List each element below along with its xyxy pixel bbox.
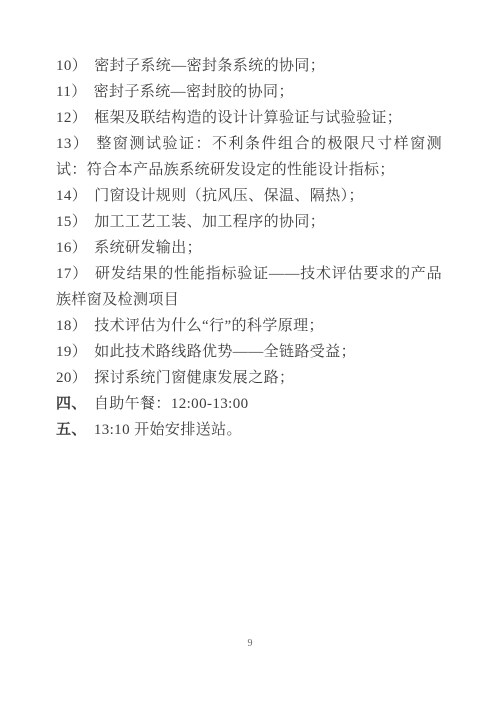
list-item-marker: 11）: [56, 84, 94, 100]
list-item-si-lunch: 四、自助午餐：12:00-13:00: [56, 391, 442, 417]
list-item-marker: 18）: [56, 318, 94, 334]
document-page: 10）密封子系统—密封条系统的协同； 11）密封子系统—密封胶的协同； 12）框…: [0, 0, 500, 707]
list-item-17: 17）研发结果的性能指标验证——技术评估要求的产品族样窗及检测项目: [56, 261, 442, 313]
list-item-text: 如此技术路线路优势——全链路受益；: [94, 344, 356, 360]
list-item-text: 13:10 开始安排送站。: [94, 422, 242, 438]
list-item-marker: 20）: [56, 370, 94, 386]
list-item-text: 加工工艺工装、加工程序的协同；: [94, 214, 325, 230]
list-item-text: 框架及联结构造的设计计算验证与试验验证；: [94, 110, 402, 126]
list-item-text: 密封子系统—密封条系统的协同；: [94, 58, 325, 74]
list-item-marker: 四、: [56, 396, 94, 412]
list-item-text: 系统研发输出；: [94, 240, 202, 256]
list-item-text: 自助午餐：12:00-13:00: [94, 396, 249, 412]
list-item-marker: 16）: [56, 240, 94, 256]
list-item-marker: 15）: [56, 214, 94, 230]
list-item-marker: 17）: [56, 266, 95, 282]
document-body: 10）密封子系统—密封条系统的协同； 11）密封子系统—密封胶的协同； 12）框…: [56, 53, 442, 443]
list-item-15: 15）加工工艺工装、加工程序的协同；: [56, 209, 442, 235]
list-item-marker: 19）: [56, 344, 94, 360]
list-item-text: 密封子系统—密封胶的协同；: [94, 84, 294, 100]
page-number: 9: [0, 638, 500, 649]
list-item-marker: 10）: [56, 58, 94, 74]
list-item-12: 12）框架及联结构造的设计计算验证与试验验证；: [56, 105, 442, 131]
list-item-19: 19）如此技术路线路优势——全链路受益；: [56, 339, 442, 365]
list-item-16: 16）系统研发输出；: [56, 235, 442, 261]
list-item-marker: 14）: [56, 188, 94, 204]
list-item-text: 门窗设计规则（抗风压、保温、隔热）；: [94, 188, 364, 204]
list-item-20: 20）探讨系统门窗健康发展之路；: [56, 365, 442, 391]
list-item-text: 研发结果的性能指标验证——技术评估要求的产品族样窗及检测项目: [56, 266, 442, 308]
list-item-marker: 五、: [56, 422, 94, 438]
list-item-text: 技术评估为什么“行”的科学原理；: [94, 318, 324, 334]
list-item-18: 18）技术评估为什么“行”的科学原理；: [56, 313, 442, 339]
list-item-wu-departure: 五、13:10 开始安排送站。: [56, 417, 442, 443]
list-item-11: 11）密封子系统—密封胶的协同；: [56, 79, 442, 105]
list-item-text: 整窗测试验证：不利条件组合的极限尺寸样窗测试：符合本产品族系统研发设定的性能设计…: [56, 136, 442, 178]
list-item-14: 14）门窗设计规则（抗风压、保温、隔热）；: [56, 183, 442, 209]
list-item-text: 探讨系统门窗健康发展之路；: [94, 370, 294, 386]
list-item-marker: 13）: [56, 136, 96, 152]
list-item-marker: 12）: [56, 110, 94, 126]
list-item-10: 10）密封子系统—密封条系统的协同；: [56, 53, 442, 79]
list-item-13: 13）整窗测试验证：不利条件组合的极限尺寸样窗测试：符合本产品族系统研发设定的性…: [56, 131, 442, 183]
